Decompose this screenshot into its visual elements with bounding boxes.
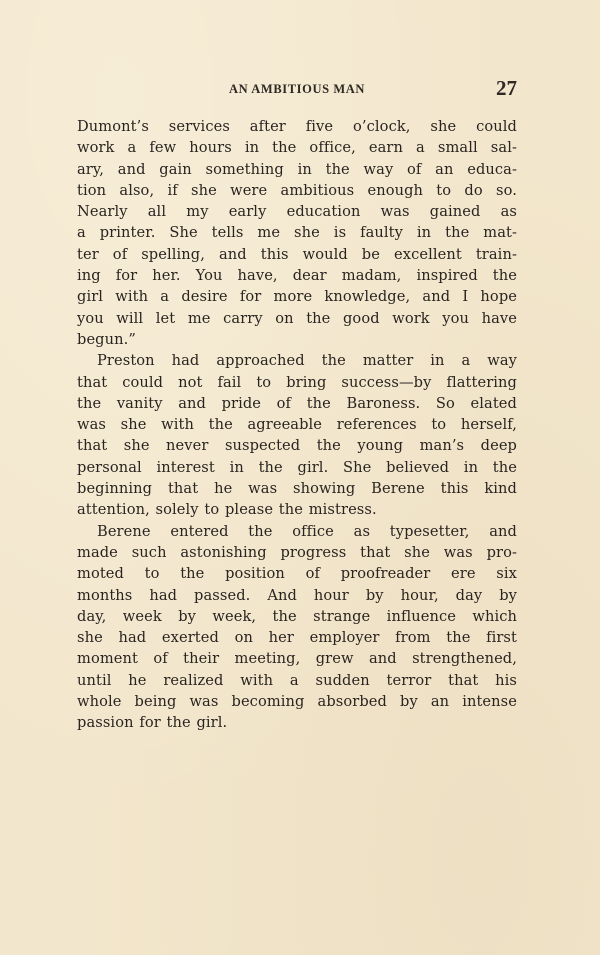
text-line: moment of their meeting, grew and streng…: [77, 648, 517, 669]
text-line: girl with a desire for more knowledge, a…: [77, 286, 517, 307]
text-line: ary, and gain something in the way of an…: [77, 159, 517, 180]
text-line: tion also, if she were ambitious enough …: [77, 180, 517, 201]
text-line: ing for her. You have, dear madam, inspi…: [77, 265, 517, 286]
text-line: work a few hours in the office, earn a s…: [77, 137, 517, 158]
running-title: AN AMBITIOUS MAN: [77, 82, 517, 97]
text-line: that she never suspected the young man’s…: [77, 435, 517, 456]
text-line: Preston had approached the matter in a w…: [77, 350, 517, 371]
text-line: day, week by week, the strange influence…: [77, 606, 517, 627]
text-line: ter of spelling, and this would be excel…: [77, 244, 517, 265]
text-line: made such astonishing progress that she …: [77, 542, 517, 563]
running-head: AN AMBITIOUS MAN 27: [77, 76, 517, 100]
paragraph: Preston had approached the matter in a w…: [77, 350, 517, 520]
text-line: Dumont’s services after five o’clock, sh…: [77, 116, 517, 137]
paragraph: Dumont’s services after five o’clock, sh…: [77, 116, 517, 350]
text-line: you will let me carry on the good work y…: [77, 308, 517, 329]
page-number: 27: [496, 76, 517, 101]
text-line: that could not fail to bring success—by …: [77, 372, 517, 393]
paragraph: Berene entered the office as typesetter,…: [77, 521, 517, 734]
text-line: begun.”: [77, 329, 517, 350]
book-page: AN AMBITIOUS MAN 27 Dumont’s services af…: [0, 0, 600, 955]
text-line: months had passed. And hour by hour, day…: [77, 585, 517, 606]
text-line: beginning that he was showing Berene thi…: [77, 478, 517, 499]
text-line: the vanity and pride of the Baroness. So…: [77, 393, 517, 414]
text-line: until he realized with a sudden terror t…: [77, 670, 517, 691]
text-line: Nearly all my early education was gained…: [77, 201, 517, 222]
text-line: she had exerted on her employer from the…: [77, 627, 517, 648]
text-line: a printer. She tells me she is faulty in…: [77, 222, 517, 243]
text-line: attention, solely to please the mistress…: [77, 499, 517, 520]
text-line: moted to the position of proofreader ere…: [77, 563, 517, 584]
text-line: Berene entered the office as typesetter,…: [77, 521, 517, 542]
text-line: personal interest in the girl. She belie…: [77, 457, 517, 478]
body-text: Dumont’s services after five o’clock, sh…: [77, 116, 517, 734]
text-line: whole being was becoming absorbed by an …: [77, 691, 517, 712]
text-line: passion for the girl.: [77, 712, 517, 733]
text-line: was she with the agreeable references to…: [77, 414, 517, 435]
